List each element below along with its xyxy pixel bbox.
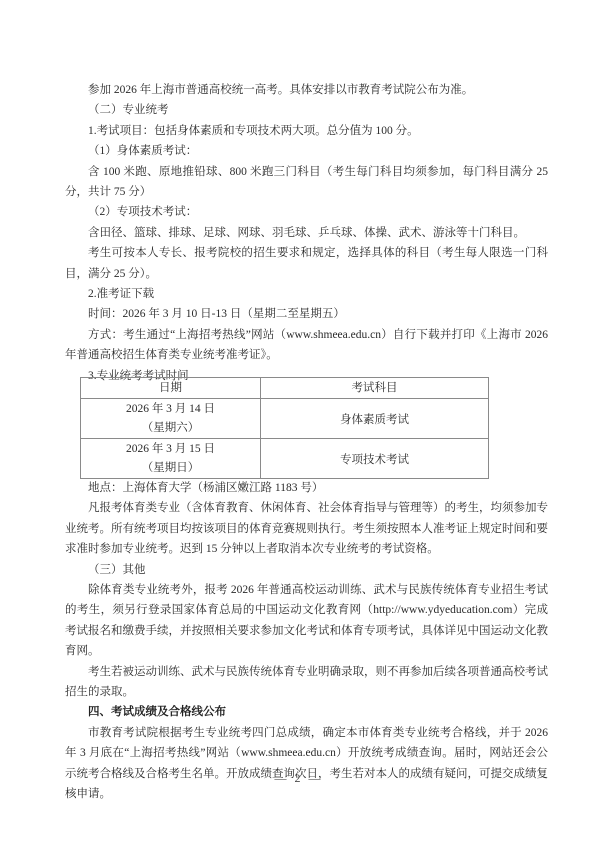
exam-date-cell: 2026 年 3 月 15 日 （星期日） (81, 439, 261, 479)
para-ticket-download-method: 方式：考生通过“上海招考热线”网站（www.shmeea.edu.cn）自行下载… (65, 325, 548, 366)
table-row: 2026 年 3 月 15 日 （星期日） 专项技术考试 (81, 439, 489, 479)
table-header-date: 日期 (81, 378, 261, 399)
exam-subject-cell: 身体素质考试 (261, 399, 489, 439)
document-content-upper: 参加 2026 年上海市普通高校统一高考。具体安排以市教育考试院公布为准。 （二… (65, 80, 548, 386)
para-exam-rules: 凡报考体育类专业（含体育教育、休闲体育、社会体育指导与管理等）的考生，均须参加专… (65, 498, 548, 559)
exam-weekday: （星期日） (81, 459, 260, 478)
table-header-row: 日期 考试科目 (81, 378, 489, 399)
para-special-skill-heading: （2）专项技术考试： (65, 202, 548, 222)
para-exam-items: 1.考试项目：包括身体素质和专项技术两大项。总分值为 100 分。 (65, 121, 548, 141)
para-fitness-test-detail: 含 100 米跑、原地推铅球、800 米跑三门科目（考生每门科目均须参加，每门科… (65, 162, 548, 203)
exam-date: 2026 年 3 月 14 日 (81, 400, 260, 419)
section-4-heading: 四、考试成绩及合格线公布 (65, 702, 548, 722)
exam-date-cell: 2026 年 3 月 14 日 （星期六） (81, 399, 261, 439)
para-fitness-test-heading: （1）身体素质考试： (65, 141, 548, 161)
page-number-right-dash: — (309, 771, 321, 785)
para-ticket-download-time: 时间：2026 年 3 月 10 日-13 日（星期二至星期五） (65, 304, 548, 324)
table-header-subject: 考试科目 (261, 378, 489, 399)
para-admission-exclusion-note: 考生若被运动训练、武术与民族传统体育专业明确录取，则不再参加后续各项普通高校考试… (65, 662, 548, 703)
para-exam-location: 地点：上海体育大学（杨浦区嫩江路 1183 号） (65, 478, 548, 498)
para-admission-ticket-heading: 2.准考证下载 (65, 284, 548, 304)
exam-schedule-table: 日期 考试科目 2026 年 3 月 14 日 （星期六） 身体素质考试 202… (80, 377, 489, 479)
para-special-skill-subjects: 含田径、篮球、排球、足球、网球、羽毛球、乒乓球、体操、武术、游泳等十门科目。 (65, 223, 548, 243)
para-unified-exam-note: 参加 2026 年上海市普通高校统一高考。具体安排以市教育考试院公布为准。 (65, 80, 548, 100)
exam-weekday: （星期六） (81, 419, 260, 438)
para-subject-selection: 考生可按本人专长、报考院校的招生要求和规定，选择具体的科目（考生每人限选一门科目… (65, 243, 548, 284)
para-score-publication: 市教育考试院根据考生专业统考四门总成绩，确定本市体育类专业统考合格线，并于 20… (65, 723, 548, 805)
page-number-left-dash: — (275, 771, 287, 785)
para-other-sports-exam: 除体育类专业统考外，报考 2026 年普通高校运动训练、武术与民族传统体育专业招… (65, 580, 548, 662)
document-content-lower: 地点：上海体育大学（杨浦区嫩江路 1183 号） 凡报考体育类专业（含体育教育、… (65, 478, 548, 805)
page-number: —2— (0, 771, 595, 786)
page-number-value: 2 (295, 771, 301, 785)
para-section-2-heading: （二）专业统考 (65, 100, 548, 120)
exam-subject-cell: 专项技术考试 (261, 439, 489, 479)
exam-date: 2026 年 3 月 15 日 (81, 440, 260, 459)
para-section-3-heading: （三）其他 (65, 560, 548, 580)
table-row: 2026 年 3 月 14 日 （星期六） 身体素质考试 (81, 399, 489, 439)
document-page: 参加 2026 年上海市普通高校统一高考。具体安排以市教育考试院公布为准。 （二… (0, 0, 595, 842)
